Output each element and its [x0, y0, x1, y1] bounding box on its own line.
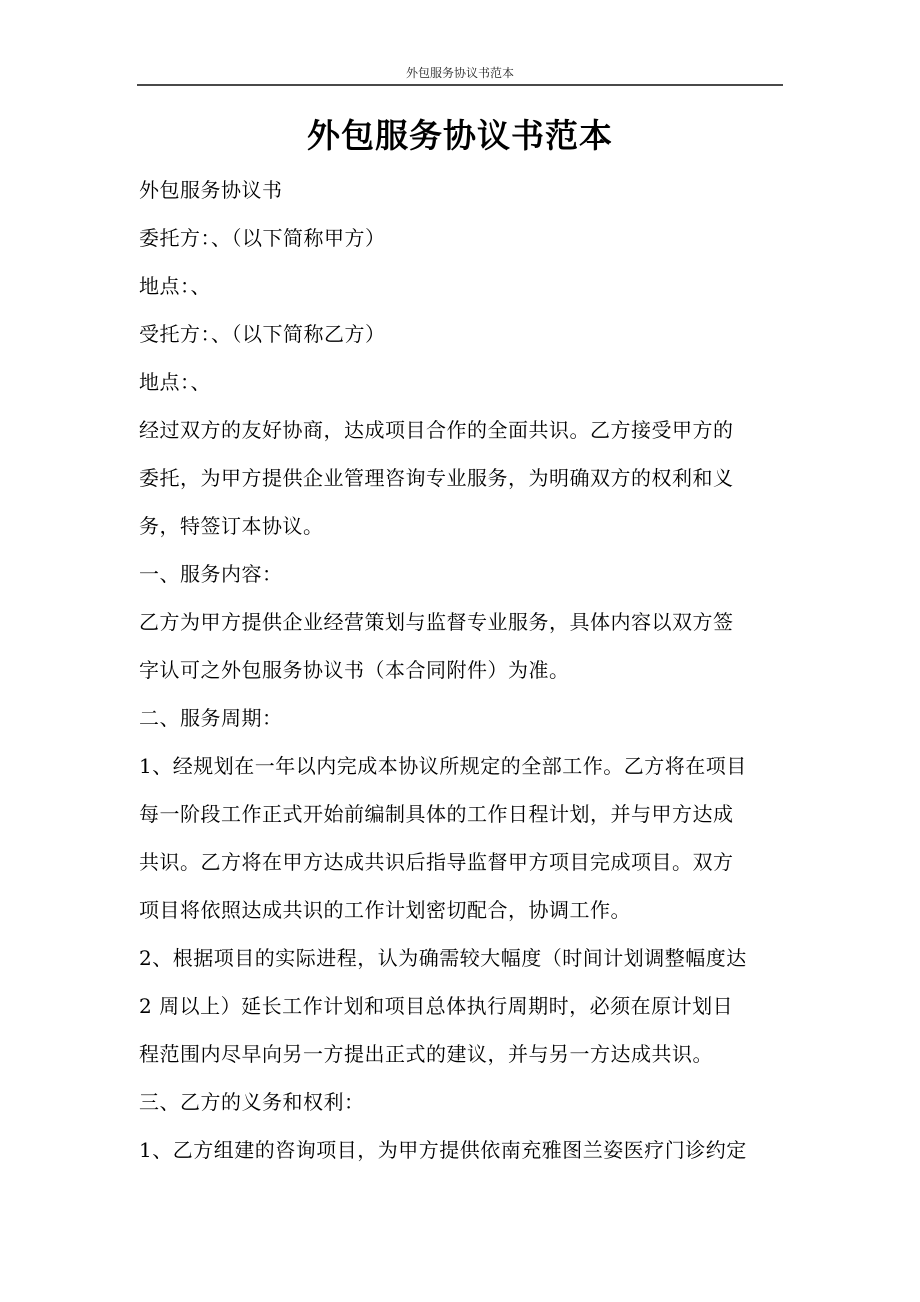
- text-line: 二、服务周期：: [139, 694, 784, 742]
- text-line: 委托方：、（以下简称甲方）: [139, 214, 784, 262]
- text-line: 共识。乙方将在甲方达成共识后指导监督甲方项目完成项目。双方: [139, 838, 784, 886]
- client-party: 委托方：、（以下简称甲方）: [139, 214, 784, 262]
- text-line: 地点：、: [139, 358, 784, 406]
- document-title: 外包服务协议书范本: [137, 112, 783, 160]
- service-period-item-2: 2、根据项目的实际进程，认为确需较大幅度（时间计划调整幅度达 2 周以上）延长工…: [139, 934, 784, 1078]
- text-line: 1、乙方组建的咨询项目，为甲方提供依南充雅图兰姿医疗门诊约定: [139, 1126, 784, 1174]
- document-body: 外包服务协议书 委托方：、（以下简称甲方） 地点：、 受托方：、（以下简称乙方）…: [139, 166, 784, 1174]
- text-line: 2 周以上）延长工作计划和项目总体执行周期时，必须在原计划日: [139, 982, 784, 1030]
- text-line: 每一阶段工作正式开始前编制具体的工作日程计划，并与甲方达成: [139, 790, 784, 838]
- service-period-item-1: 1、经规划在一年以内完成本协议所规定的全部工作。乙方将在项目 每一阶段工作正式开…: [139, 742, 784, 934]
- contractor-duty-item-1: 1、乙方组建的咨询项目，为甲方提供依南充雅图兰姿医疗门诊约定: [139, 1126, 784, 1174]
- contractor-address: 地点：、: [139, 358, 784, 406]
- running-header: 外包服务协议书范本: [137, 64, 783, 82]
- section-heading-2: 二、服务周期：: [139, 694, 784, 742]
- text-line: 外包服务协议书: [139, 166, 784, 214]
- document-page: 外包服务协议书范本 外包服务协议书范本 外包服务协议书 委托方：、（以下简称甲方…: [0, 0, 920, 1302]
- text-line: 委托，为甲方提供企业管理咨询专业服务，为明确双方的权利和义: [139, 454, 784, 502]
- text-line: 乙方为甲方提供企业经营策划与监督专业服务，具体内容以双方签: [139, 598, 784, 646]
- text-line: 一、服务内容：: [139, 550, 784, 598]
- text-line: 1、经规划在一年以内完成本协议所规定的全部工作。乙方将在项目: [139, 742, 784, 790]
- section-heading-3: 三、乙方的义务和权利：: [139, 1078, 784, 1126]
- text-line: 2、根据项目的实际进程，认为确需较大幅度（时间计划调整幅度达: [139, 934, 784, 982]
- preamble-paragraph: 经过双方的友好协商，达成项目合作的全面共识。乙方接受甲方的 委托，为甲方提供企业…: [139, 406, 784, 550]
- contractor-party: 受托方：、（以下简称乙方）: [139, 310, 784, 358]
- text-line: 三、乙方的义务和权利：: [139, 1078, 784, 1126]
- text-line: 经过双方的友好协商，达成项目合作的全面共识。乙方接受甲方的: [139, 406, 784, 454]
- text-line: 字认可之外包服务协议书（本合同附件）为准。: [139, 646, 784, 694]
- client-address: 地点：、: [139, 262, 784, 310]
- text-line: 项目将依照达成共识的工作计划密切配合，协调工作。: [139, 886, 784, 934]
- text-line: 程范围内尽早向另一方提出正式的建议，并与另一方达成共识。: [139, 1030, 784, 1078]
- text-line: 务，特签订本协议。: [139, 502, 784, 550]
- text-line: 地点：、: [139, 262, 784, 310]
- doc-subtitle: 外包服务协议书: [139, 166, 784, 214]
- service-content-paragraph: 乙方为甲方提供企业经营策划与监督专业服务，具体内容以双方签 字认可之外包服务协议…: [139, 598, 784, 694]
- header-rule: [137, 84, 783, 86]
- section-heading-1: 一、服务内容：: [139, 550, 784, 598]
- text-line: 受托方：、（以下简称乙方）: [139, 310, 784, 358]
